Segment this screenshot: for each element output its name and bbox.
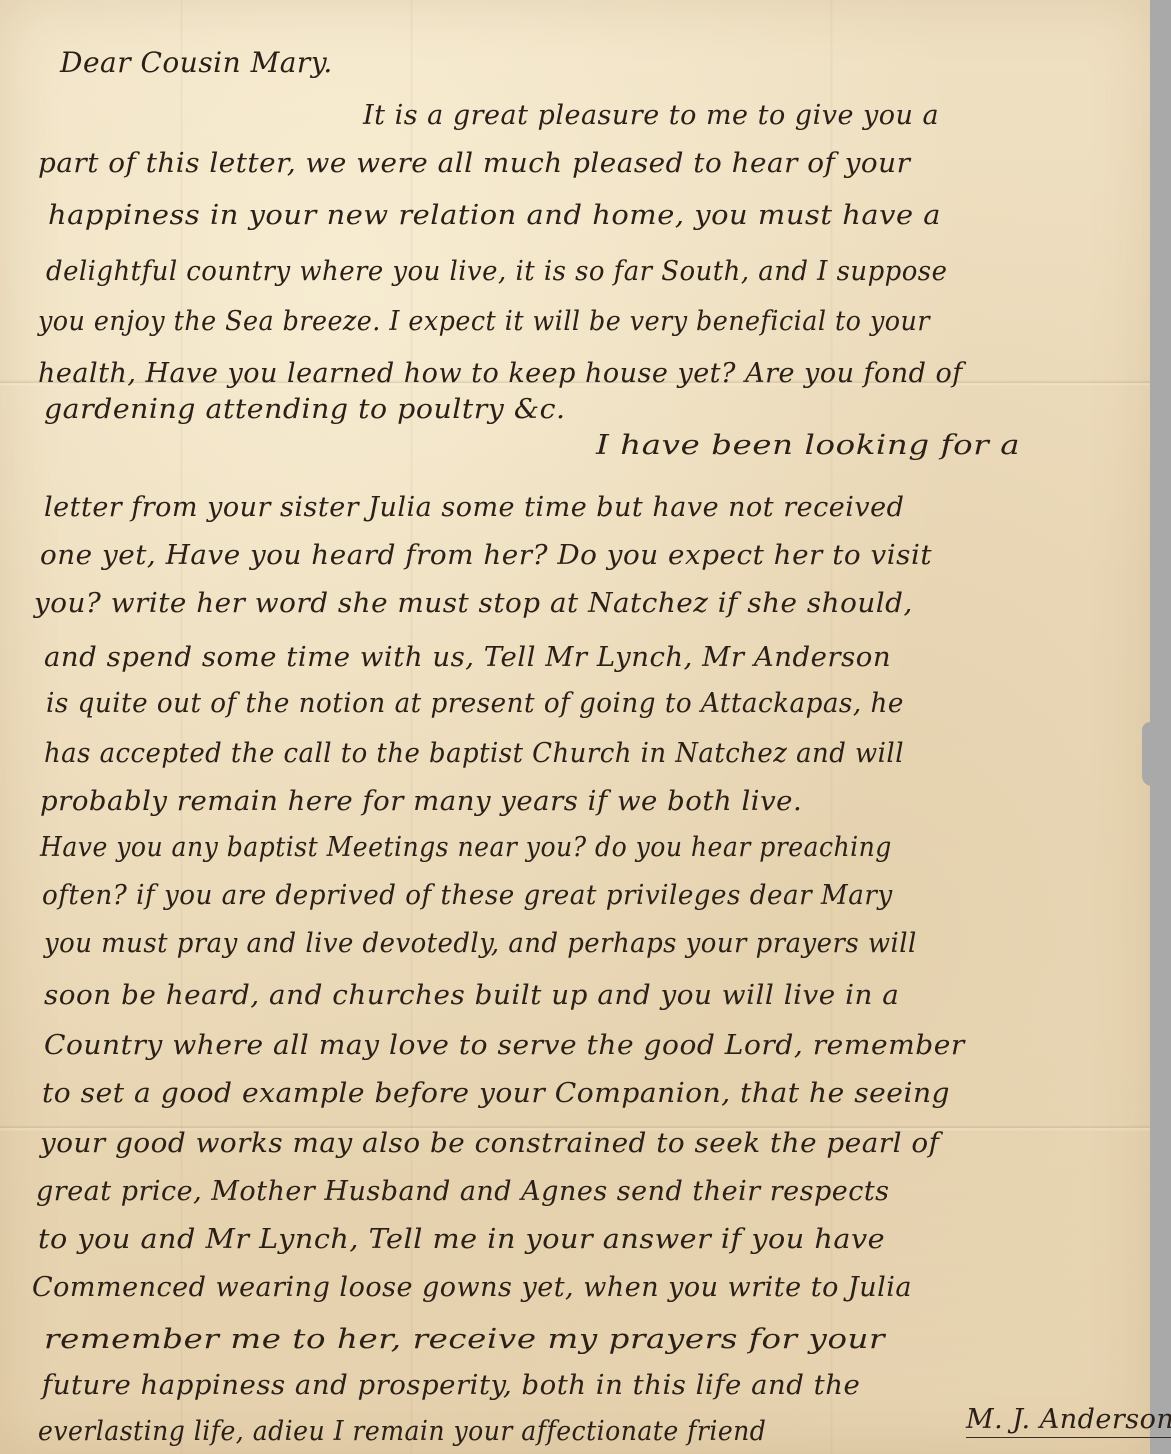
letter-line: soon be heard, and churches built up and… (44, 980, 899, 1011)
letter-line: gardening attending to poultry &c. (44, 394, 566, 425)
letter-line: often? if you are deprived of these grea… (42, 880, 893, 911)
letter-line: one yet, Have you heard from her? Do you… (40, 540, 932, 571)
letter-line: you must pray and live devotedly, and pe… (44, 928, 917, 959)
letter-line: everlasting life, adieu I remain your af… (38, 1416, 766, 1447)
letter-line: Have you any baptist Meetings near you? … (40, 832, 892, 863)
letter-line: and spend some time with us, Tell Mr Lyn… (44, 642, 891, 673)
letter-line: part of this letter, we were all much pl… (38, 148, 910, 179)
letter-line: future happiness and prosperity, both in… (42, 1370, 860, 1401)
letter-line: It is a great pleasure to me to give you… (363, 100, 939, 131)
letter-line: great price, Mother Husband and Agnes se… (36, 1176, 890, 1207)
letter-line: remember me to her, receive my prayers f… (44, 1324, 885, 1355)
letter-line: I have been looking for a (596, 430, 1020, 461)
letter-body: Dear Cousin Mary. It is a great pleasure… (0, 0, 1150, 1454)
letter-line: probably remain here for many years if w… (40, 786, 802, 817)
letter-line: to set a good example before your Compan… (42, 1078, 950, 1109)
letter-line: to you and Mr Lynch, Tell me in your ans… (38, 1224, 885, 1255)
salutation: Dear Cousin Mary. (60, 46, 333, 79)
letter-line: happiness in your new relation and home,… (48, 200, 941, 231)
letter-line: you? write her word she must stop at Nat… (34, 588, 913, 619)
letter-line: Country where all may love to serve the … (44, 1030, 965, 1061)
letter-line: health, Have you learned how to keep hou… (38, 358, 963, 389)
letter-line: your good works may also be constrained … (40, 1128, 939, 1159)
letter-line: Commenced wearing loose gowns yet, when … (32, 1272, 912, 1303)
letter-line: has accepted the call to the baptist Chu… (44, 738, 904, 769)
letter-line: is quite out of the notion at present of… (46, 688, 904, 719)
letter-line: you enjoy the Sea breeze. I expect it wi… (38, 306, 930, 337)
letter-line: delightful country where you live, it is… (46, 256, 947, 287)
signature: M. J. Anderson (966, 1404, 1171, 1438)
letter-line: letter from your sister Julia some time … (44, 492, 904, 523)
